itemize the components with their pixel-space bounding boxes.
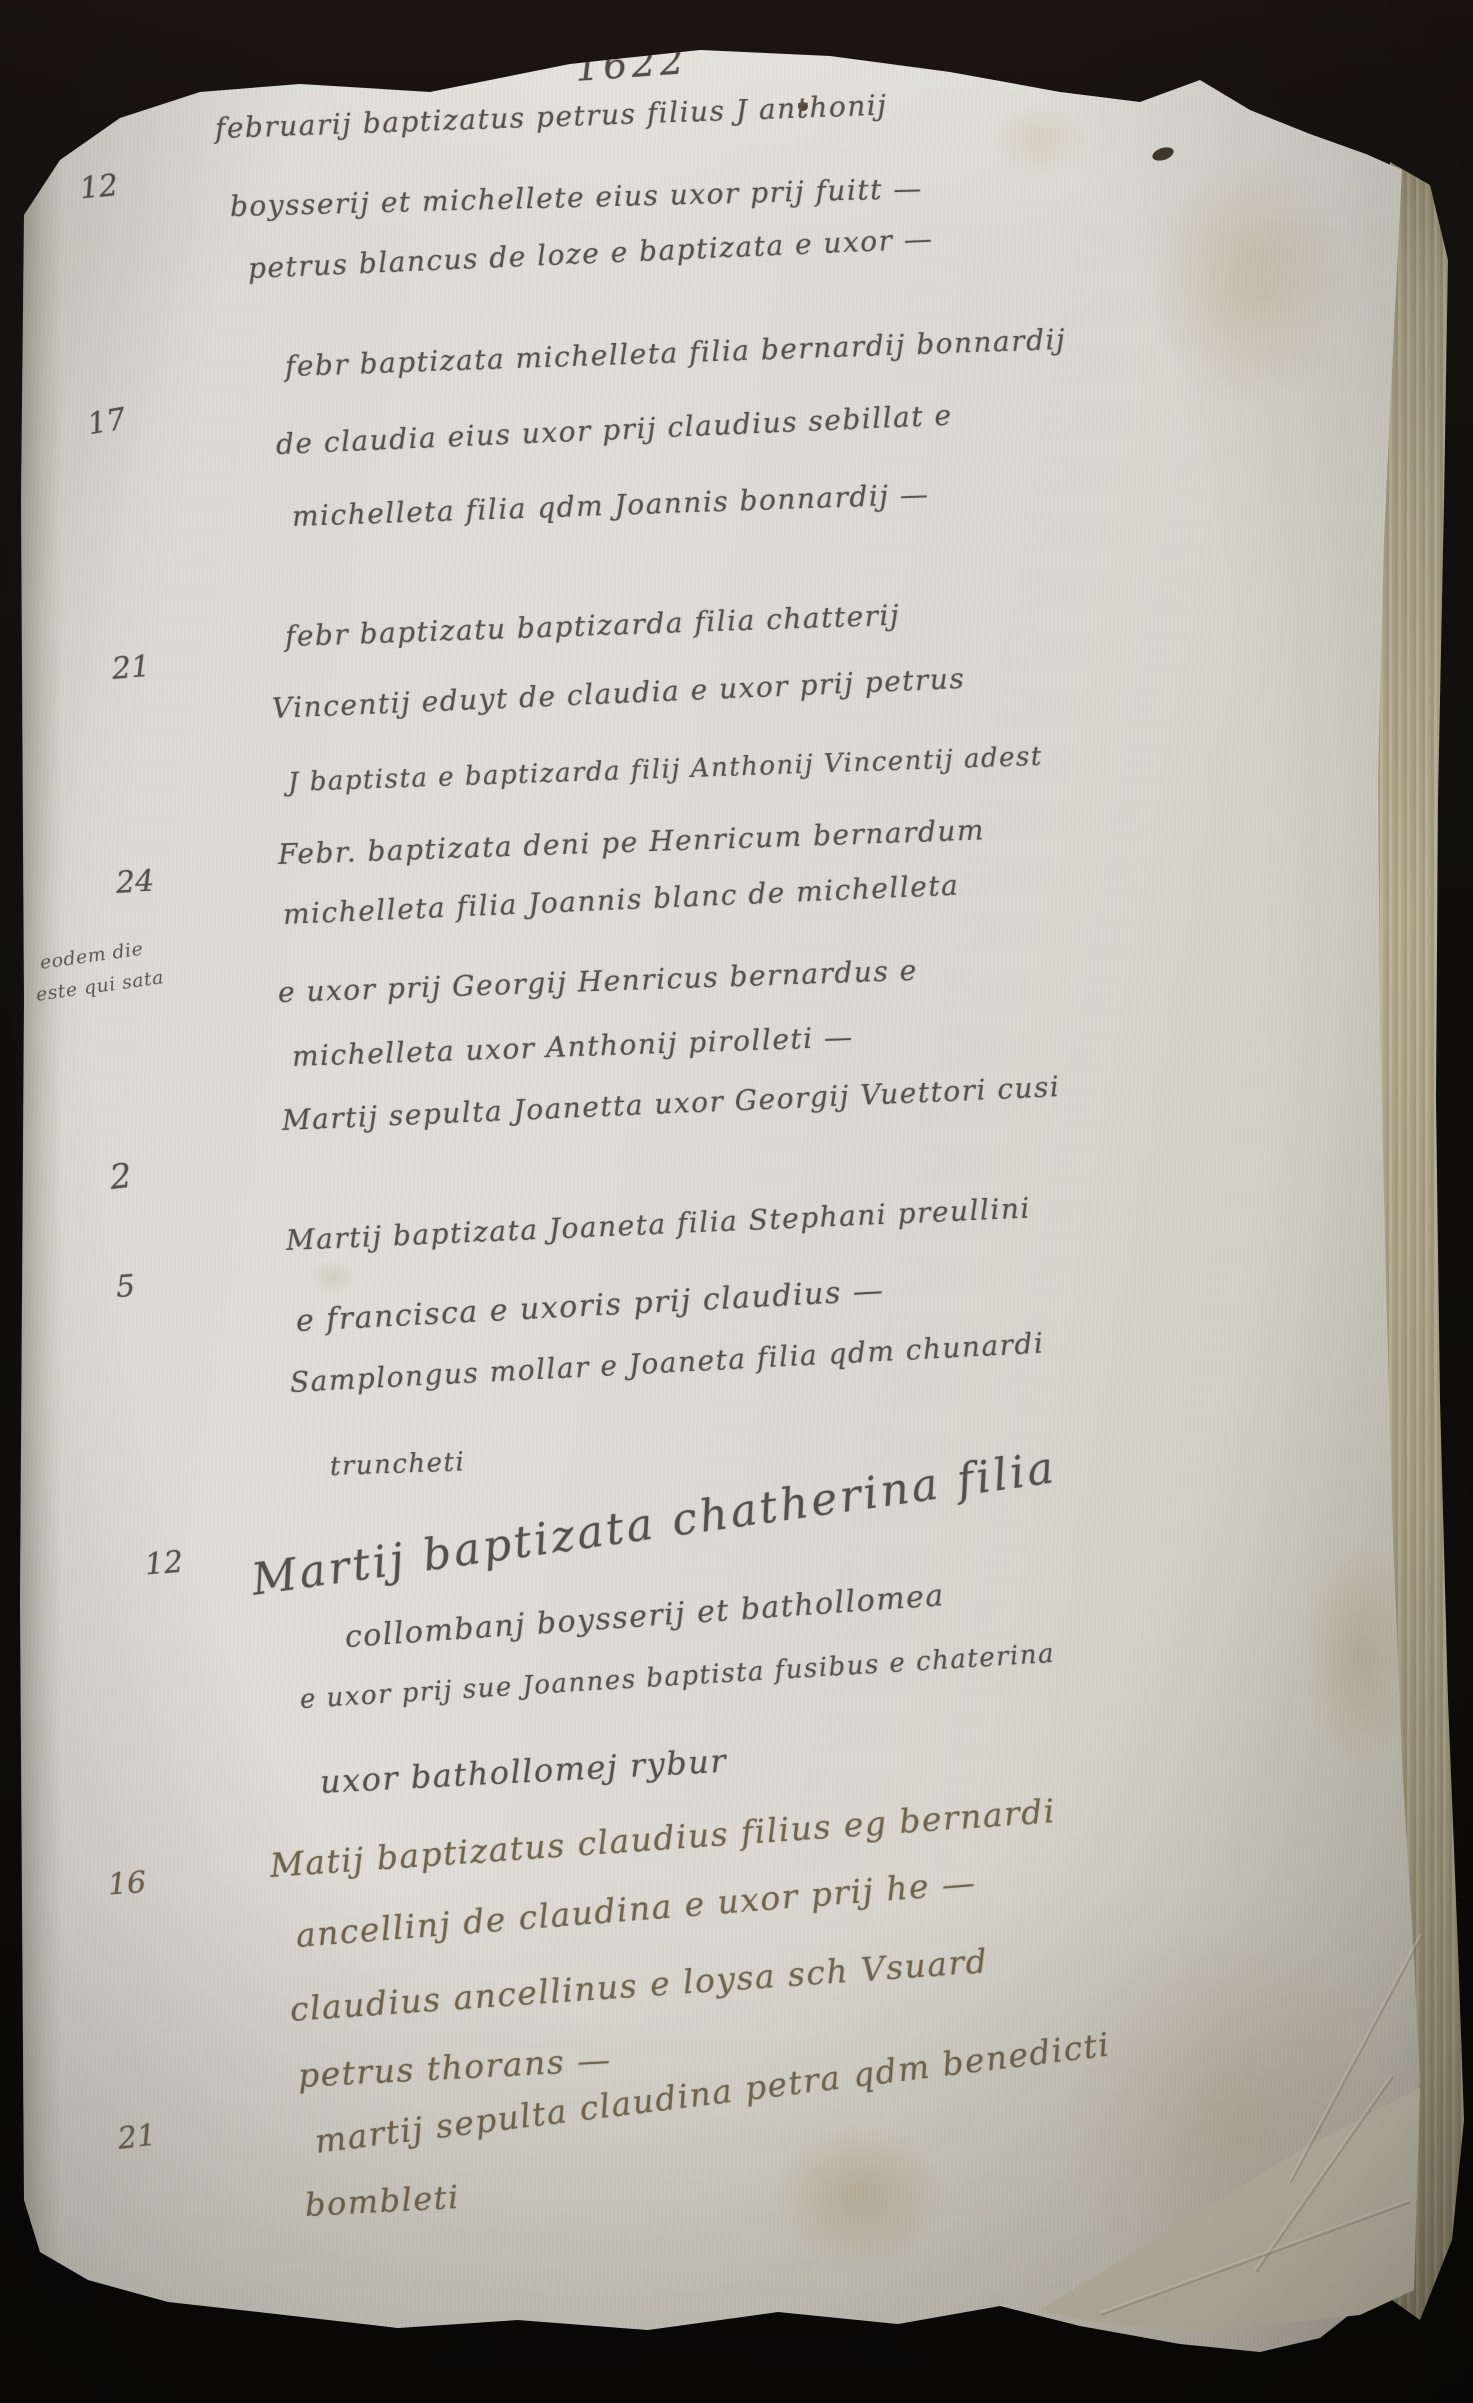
- entry-line: bombleti: [304, 2178, 461, 2224]
- entry-day: 5: [115, 1269, 136, 1305]
- entry-line: claudius ancellinus e loysa sch Vsuard: [289, 1941, 990, 2029]
- entry-line: uxor bathollomej rybur: [319, 1742, 728, 1801]
- entry-line: michelleta uxor Anthonij pirolleti —: [291, 1020, 854, 1073]
- manuscript-photo: 1622 12 februarij baptizatus petrus fili…: [0, 0, 1473, 2403]
- ink-blot: [1151, 145, 1176, 163]
- page-left-bevel: [18, 120, 62, 2290]
- entry-line: michelleta filia Joannis blanc de michel…: [282, 868, 960, 930]
- entry-line: J baptista e baptizarda filij Anthonij V…: [287, 742, 1043, 798]
- entry-day: 2: [108, 1156, 134, 1198]
- entry-line: collombanj boysserij et bathollomea: [344, 1578, 946, 1655]
- entry-line: febr baptizatu baptizarda filia chatteri…: [284, 599, 900, 653]
- entry-line: petrus blancus de loze e baptizata e uxo…: [247, 222, 934, 285]
- entry-line: Martij baptizata Joaneta filia Stephani …: [285, 1192, 1031, 1257]
- stain: [1150, 150, 1350, 410]
- entry-line: petrus thorans —: [297, 2040, 613, 2095]
- entry-line: michelleta filia qdm Joannis bonnardij —: [291, 478, 929, 533]
- stain: [310, 1260, 356, 1296]
- stain: [770, 2120, 950, 2270]
- entry-line: boysserij et michellete eius uxor prij f…: [230, 172, 924, 223]
- manuscript-page: 1622 12 februarij baptizatus petrus fili…: [0, 0, 1473, 2403]
- entry-day: 12: [78, 168, 120, 207]
- entry-line: Samplongus mollar e Joaneta filia qdm ch…: [289, 1326, 1045, 1398]
- entry-day: 17: [85, 402, 129, 443]
- entry-day: 12: [143, 1545, 184, 1583]
- entry-line: febr baptizata michelleta filia bernardi…: [284, 323, 1066, 383]
- entry-line: e uxor prij Georgij Henricus bernardus e: [277, 954, 918, 1009]
- entry-line: ancellinj de claudina e uxor prij he —: [294, 1863, 977, 1955]
- entry-day: 21: [116, 2118, 158, 2157]
- entry-line: e francisca e uxoris prij claudius —: [295, 1273, 885, 1339]
- entry-day: 21: [111, 649, 152, 687]
- entry-line: Vincentij eduyt de claudia e uxor prij p…: [271, 662, 966, 725]
- entry-line: martij sepulta claudina petra qdm benedi…: [313, 2025, 1113, 2161]
- entry-day: 24: [115, 864, 155, 901]
- entry-line: truncheti: [329, 1447, 465, 1482]
- stain: [990, 100, 1090, 180]
- entry-line: februarij baptizatus petrus filius J ant…: [214, 89, 888, 145]
- entry-day: 16: [107, 1865, 148, 1903]
- year-label: 1622: [574, 38, 690, 90]
- entry-line: Febr. baptizata deni pe Henricum bernard…: [277, 813, 985, 871]
- entry-line: Martij sepulta Joanetta uxor Georgij Vue…: [281, 1070, 1061, 1137]
- entry-line: de claudia eius uxor prij claudius sebil…: [275, 398, 953, 461]
